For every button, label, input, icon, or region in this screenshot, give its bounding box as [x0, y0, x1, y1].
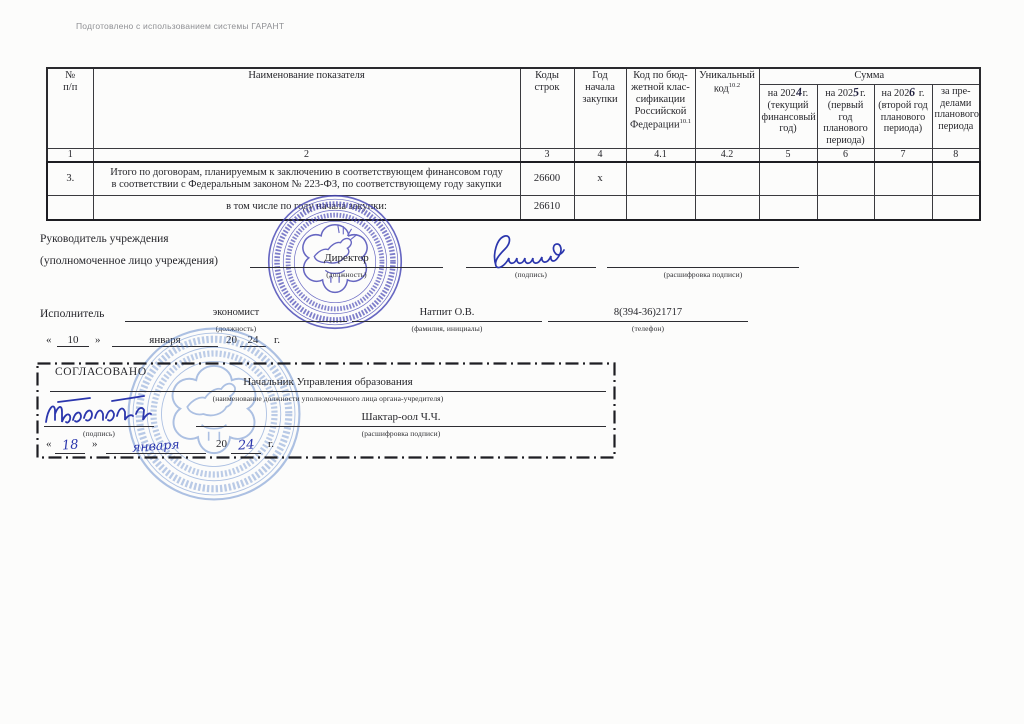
col-header-num: № п/п	[47, 68, 93, 148]
col-header-codes: Коды строк	[520, 68, 574, 148]
col-header-year1: на 2024г.(текущий финансовый год)	[759, 85, 817, 149]
approval-day-handwritten: 18	[61, 437, 79, 453]
head-sign-label: (подпись)	[466, 268, 596, 279]
year2-suffix: г.	[860, 88, 866, 99]
empty-cell	[932, 162, 980, 196]
approval-decode-line: Шактар-оол Ч.Ч. (расшифровка подписи)	[196, 410, 606, 438]
procurement-totals-table: № п/п Наименование показателя Коды строк…	[46, 67, 981, 221]
col-header-sum: Сумма	[759, 68, 980, 85]
year1-note: (текущий финансовый год)	[762, 100, 815, 135]
year3-note: (второй год планового периода)	[877, 100, 930, 135]
col-header-kbk: Код по бюд- жетной клас- сификации Росси…	[626, 68, 695, 148]
empty-cell	[626, 195, 695, 220]
col-header-year3: на 2026 г.(второй год планового периода)	[874, 85, 932, 149]
head-position-label: (должность)	[250, 268, 443, 279]
row-name-text: Итого по договорам, планируемым к заключ…	[110, 167, 503, 190]
approval-date-day: 18	[55, 438, 85, 454]
empty-cell	[817, 195, 874, 220]
approval-date-line: « 18 » января 20 24 г.	[0, 438, 400, 460]
col-header-name-text: Наименование показателя	[248, 70, 364, 81]
col-header-name: Наименование показателя	[93, 68, 520, 148]
empty-cell	[695, 195, 759, 220]
numbering-cell: 7	[874, 148, 932, 162]
approval-decode-label: (расшифровка подписи)	[196, 427, 606, 438]
approval-decode-value: Шактар-оол Ч.Ч.	[196, 410, 606, 427]
scanned-document-page: Подготовлено с использованием системы ГА…	[0, 0, 1024, 724]
doc-date-day: 10	[57, 334, 89, 347]
col-header-year: Год начала закупки	[574, 68, 626, 148]
doc-date-month: января	[112, 334, 218, 347]
head-signature-space	[466, 251, 596, 268]
executor-name-line: Натпит О.В. (фамилия, инициалы)	[352, 305, 542, 333]
empty-cell	[874, 162, 932, 196]
quote-close: »	[95, 334, 101, 346]
head-decode-line: (расшифровка подписи)	[607, 251, 799, 279]
row-code-cell: 26600	[520, 162, 574, 196]
garant-watermark: Подготовлено с использованием системы ГА…	[76, 21, 284, 31]
executor-label: Исполнитель	[40, 308, 104, 320]
head-signature-line: (подпись)	[466, 251, 596, 279]
year3-suffix: г.	[916, 88, 924, 99]
head-role-line2: (уполномоченное лицо учреждения)	[40, 255, 218, 267]
year1-handwritten-digit: 4	[795, 86, 802, 100]
table-row-by-start-year: в том числе по году начала закупки: 2661…	[47, 195, 980, 220]
approval-position-value: Начальник Управления образования	[50, 375, 606, 392]
approval-year-handwritten: 24	[237, 437, 255, 453]
executor-position-label: (должность)	[125, 322, 347, 333]
numbering-cell: 4.2	[695, 148, 759, 162]
executor-phone-line: 8(394-36)21717 (телефон)	[548, 305, 748, 333]
row-num-cell	[47, 195, 93, 220]
doc-date-suffix: г.	[274, 334, 280, 346]
executor-phone-value: 8(394-36)21717	[548, 305, 748, 322]
approval-signature-line: (подпись)	[44, 410, 154, 438]
head-position-value: Директор	[250, 251, 443, 268]
approval-date-suffix: г.	[268, 438, 274, 450]
year3-prefix: на 202	[882, 88, 910, 99]
head-decode-space	[607, 251, 799, 268]
executor-position-line: экономист (должность)	[125, 305, 347, 333]
doc-date-century: 20	[226, 334, 237, 346]
executor-name-value: Натпит О.В.	[352, 305, 542, 322]
col-header-year-text: Год начала закупки	[582, 70, 617, 105]
year1-prefix: на 202	[768, 88, 796, 99]
approval-sign-label: (подпись)	[44, 427, 154, 438]
empty-cell	[574, 195, 626, 220]
unique-footnote-ref: 10.2	[729, 82, 740, 89]
year2-note: (первый год планового периода)	[820, 100, 872, 147]
numbering-cell: 4	[574, 148, 626, 162]
approval-month-handwritten: января	[132, 436, 180, 454]
col-header-codes-text: Коды строк	[535, 70, 560, 93]
year2-prefix: на 202	[825, 88, 853, 99]
head-decode-label: (расшифровка подписи)	[607, 268, 799, 279]
quote-open: «	[46, 438, 52, 450]
executor-name-label: (фамилия, инициалы)	[352, 322, 542, 333]
row-year-cell: х	[574, 162, 626, 196]
year2-handwritten-digit: 5	[852, 86, 859, 100]
col-header-unique-text: Уникальный код	[699, 70, 755, 95]
empty-cell	[626, 162, 695, 196]
approval-date-year: 24	[231, 438, 261, 454]
year1-suffix: г.	[803, 88, 809, 99]
empty-cell	[759, 162, 817, 196]
numbering-cell: 6	[817, 148, 874, 162]
head-position-line: Директор (должность)	[250, 251, 443, 279]
table-numbering-row: 1 2 3 4 4.1 4.2 5 6 7 8	[47, 148, 980, 162]
col-header-num-text: № п/п	[63, 70, 77, 93]
approval-position-label: (наименование должности уполномоченного …	[50, 392, 606, 403]
approval-date-century: 20	[216, 438, 227, 450]
empty-cell	[932, 195, 980, 220]
executor-position-value: экономист	[125, 305, 347, 322]
year3-handwritten-digit: 6	[909, 86, 916, 100]
quote-open: «	[46, 334, 52, 346]
executor-phone-label: (телефон)	[548, 322, 748, 333]
doc-date-year: 24	[240, 334, 266, 347]
document-date-line: « 10 » января 20 24 г.	[0, 334, 400, 356]
kbk-footnote-ref: 10.1	[680, 118, 691, 125]
approval-position-line: Начальник Управления образования (наимен…	[50, 375, 606, 403]
numbering-cell: 1	[47, 148, 93, 162]
row-name-cell: Итого по договорам, планируемым к заключ…	[93, 162, 520, 196]
row-num-cell: 3.	[47, 162, 93, 196]
numbering-cell: 2	[93, 148, 520, 162]
empty-cell	[817, 162, 874, 196]
numbering-cell: 3	[520, 148, 574, 162]
col-header-year2: на 2025г.(первый год планового периода)	[817, 85, 874, 149]
empty-cell	[695, 162, 759, 196]
col-header-unique: Уникальный код10.2	[695, 68, 759, 148]
numbering-cell: 5	[759, 148, 817, 162]
head-role-line1: Руководитель учреждения	[40, 233, 169, 245]
table-header-row: № п/п Наименование показателя Коды строк…	[47, 68, 980, 85]
table-row-totals: 3. Итого по договорам, планируемым к зак…	[47, 162, 980, 196]
quote-close: »	[92, 438, 98, 450]
col-header-beyond: за пре- делами планового периода	[932, 85, 980, 149]
numbering-cell: 8	[932, 148, 980, 162]
approval-signature-space	[44, 410, 154, 427]
empty-cell	[759, 195, 817, 220]
row-name-cell: в том числе по году начала закупки:	[93, 195, 520, 220]
row-code-cell: 26610	[520, 195, 574, 220]
approval-date-month: января	[106, 438, 206, 454]
numbering-cell: 4.1	[626, 148, 695, 162]
beyond-label: за пре- делами планового периода	[935, 86, 979, 132]
empty-cell	[874, 195, 932, 220]
